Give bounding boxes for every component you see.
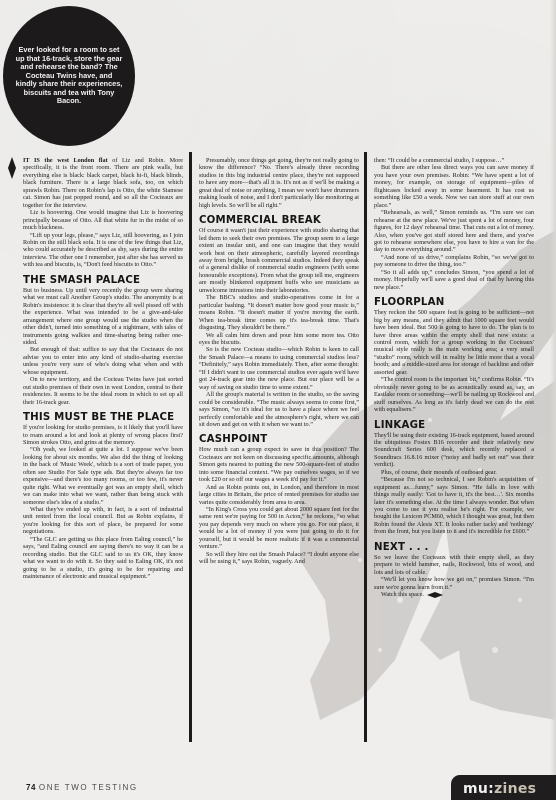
paragraph: Plus, of course, their mounds of outboar… [374, 469, 534, 476]
article-column-2: Presumably, once things get going, they'… [199, 157, 359, 566]
paragraph: “The GLC are getting us this place from … [23, 536, 183, 581]
paragraph: Liz is hoovering. One would imagine that… [23, 209, 183, 231]
paragraph: How much can a group expect to save in t… [199, 446, 359, 483]
page-edge-shadow [550, 0, 556, 800]
paragraph: On to new territory, and the Cocteau Twi… [23, 376, 183, 406]
paragraph: But enough of that: suffice to say that … [23, 346, 183, 376]
paragraph: “So it all adds up,” concludes Simon, “y… [374, 269, 534, 291]
end-mark-diamond-icon [427, 592, 443, 598]
section-heading-cashpoint: CASHPOINT [199, 434, 359, 445]
paragraph: then: “It could be a commercial studio, … [374, 157, 534, 164]
muzines-logo-badge[interactable]: mu:zines [451, 775, 556, 800]
section-heading-next: NEXT . . . [374, 542, 534, 553]
page-folio: 74ONE TWO TESTING [26, 783, 138, 792]
paragraph: Of course it wasn't just their experienc… [199, 227, 359, 294]
paragraph: “Rehearsals, as well,” Simon reminds us.… [374, 209, 534, 254]
paragraph: “We'll let you know how we get on,” prom… [374, 576, 534, 591]
magazine-title: ONE TWO TESTING [39, 783, 138, 792]
paragraph: What they've ended up with, in fact, is … [23, 506, 183, 536]
lead-diamond-icon [8, 157, 16, 179]
paragraph: If you're looking for studio premises, i… [23, 424, 183, 446]
intro-standfirst-circle: Ever looked for a room to set up that 16… [3, 6, 135, 146]
intro-standfirst-text: Ever looked for a room to set up that 16… [15, 46, 123, 106]
column-rule-right [364, 152, 367, 742]
paragraph: So we leave the Cocteaux with their empt… [374, 554, 534, 576]
paragraph: “Lift up your legs, please,” says Liz, s… [23, 232, 183, 269]
paragraph: “Oh yeah, we looked at quite a lot. I su… [23, 446, 183, 506]
paragraph: They reckon the 500 square feet is going… [374, 309, 534, 376]
paragraph: We all calm him down and pour him some m… [199, 332, 359, 347]
paragraph: But there are other less direct ways you… [374, 164, 534, 209]
paragraph: “In King's Cross you could get about 200… [199, 506, 359, 551]
section-heading-this-must-be-the-place: THIS MUST BE THE PLACE [23, 412, 183, 423]
paragraph: And as Robin points out, in London, and … [199, 484, 359, 506]
logo-text-part-1: mu: [463, 781, 494, 797]
paragraph: Watch this space. [374, 591, 534, 598]
paragraph: They'll be using their existing 16-track… [374, 432, 534, 469]
paragraph: “Because I'm not so technical, I see Rob… [374, 476, 534, 536]
paragraph: IT IS the west London flat of Liz and Ro… [23, 157, 183, 209]
section-heading-floorplan: FLOORPLAN [374, 297, 534, 308]
paragraph: So will they hire out the Smash Palace? … [199, 551, 359, 566]
lead-in: IT IS the west London flat [23, 157, 108, 164]
column-rule-left [189, 152, 192, 742]
section-heading-linkage: LINKAGE [374, 420, 534, 431]
paragraph: “And none of us drive,” complains Robin,… [374, 254, 534, 269]
section-heading-commercial-break: COMMERCIAL BREAK [199, 215, 359, 226]
paragraph: So is the new Cocteau studio—which Robin… [199, 346, 359, 391]
paragraph: The BBC's studios and studio-operatives … [199, 294, 359, 331]
magazine-page: Ever looked for a room to set up that 16… [0, 0, 556, 800]
paragraph: “The control room is the important bit,”… [374, 376, 534, 413]
paragraph: But to business. Up until very recently … [23, 287, 183, 347]
paragraph: Presumably, once things get going, they'… [199, 157, 359, 209]
page-number: 74 [26, 783, 36, 792]
paragraph: All the group's material is written in t… [199, 391, 359, 428]
article-column-1: IT IS the west London flat of Liz and Ro… [23, 157, 183, 581]
article-column-3: then: “It could be a commercial studio, … [374, 157, 534, 599]
logo-text-part-2: zines [494, 781, 536, 797]
section-heading-smash-palace: THE SMASH PALACE [23, 275, 183, 286]
